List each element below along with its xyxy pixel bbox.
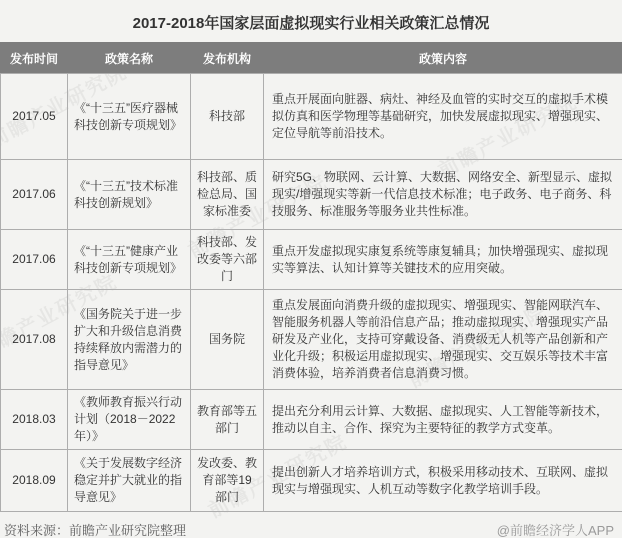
policy-agency-cell: 科技部、发改委等六部门 bbox=[191, 230, 264, 290]
policy-content-cell: 提出创新人才培养培训方式，积极采用移动技术、互联网、虚拟现实与增强现实、人机互动… bbox=[264, 450, 622, 512]
table-row: 2017.08 《国务院关于进一步扩大和升级信息消费持续释放内需潜力的指导意见》… bbox=[1, 290, 622, 390]
policy-agency-cell: 科技部、质检总局、国家标准委 bbox=[191, 160, 264, 230]
policy-date-cell: 2017.06 bbox=[1, 230, 68, 290]
header-content: 政策内容 bbox=[264, 43, 622, 74]
policy-content-cell: 研究5G、物联网、云计算、大数据、网络安全、新型显示、虚拟现实/增强现实等新一代… bbox=[264, 160, 622, 230]
policy-name-cell: 《“十三五”医疗器械科技创新专项规划》 bbox=[68, 74, 191, 160]
policy-date-cell: 2018.03 bbox=[1, 390, 68, 450]
header-date: 发布时间 bbox=[1, 43, 68, 74]
footer: 资料来源：前瞻产业研究院整理 @前瞻经济学人APP bbox=[0, 512, 622, 538]
policy-name-cell: 《“十三五”健康产业科技创新专项规划》 bbox=[68, 230, 191, 290]
policy-name-cell: 《“十三五”技术标准科技创新规划》 bbox=[68, 160, 191, 230]
page-title: 2017-2018年国家层面虚拟现实行业相关政策汇总情况 bbox=[0, 0, 622, 33]
policy-table: 发布时间 政策名称 发布机构 政策内容 2017.05 《“十三五”医疗器械科技… bbox=[0, 42, 622, 512]
policy-date-cell: 2017.06 bbox=[1, 160, 68, 230]
table-row: 2017.06 《“十三五”健康产业科技创新专项规划》 科技部、发改委等六部门 … bbox=[1, 230, 622, 290]
policy-agency-cell: 国务院 bbox=[191, 290, 264, 390]
policy-date-cell: 2017.05 bbox=[1, 74, 68, 160]
policy-name-cell: 《国务院关于进一步扩大和升级信息消费持续释放内需潜力的指导意见》 bbox=[68, 290, 191, 390]
data-source-label: 资料来源：前瞻产业研究院整理 bbox=[4, 520, 186, 538]
table-header-row: 发布时间 政策名称 发布机构 政策内容 bbox=[1, 43, 622, 74]
policy-agency-cell: 发改委、教育部等19部门 bbox=[191, 450, 264, 512]
policy-agency-cell: 教育部等五部门 bbox=[191, 390, 264, 450]
header-agency: 发布机构 bbox=[191, 43, 264, 74]
policy-date-cell: 2018.09 bbox=[1, 450, 68, 512]
policy-agency-cell: 科技部 bbox=[191, 74, 264, 160]
policy-content-cell: 重点开展面向脏器、病灶、神经及血管的实时交互的虚拟手术模拟仿真和医学物理等基础研… bbox=[264, 74, 622, 160]
policy-content-cell: 重点发展面向消费升级的虚拟现实、增强现实、智能网联汽车、智能服务机器人等前沿信息… bbox=[264, 290, 622, 390]
policy-name-cell: 《关于发展数字经济稳定并扩大就业的指导意见》 bbox=[68, 450, 191, 512]
table-row: 2018.09 《关于发展数字经济稳定并扩大就业的指导意见》 发改委、教育部等1… bbox=[1, 450, 622, 512]
page: 前瞻产业研究院 前瞻产业研究院 前瞻产业研究院 前瞻产业研究院 前瞻产业研究院 … bbox=[0, 0, 622, 538]
policy-content-cell: 重点开发虚拟现实康复系统等康复辅具；加快增强现实、虚拟现实等算法、认知计算等关键… bbox=[264, 230, 622, 290]
policy-date-cell: 2017.08 bbox=[1, 290, 68, 390]
policy-content-cell: 提出充分利用云计算、大数据、虚拟现实、人工智能等新技术，推动以自主、合作、探究为… bbox=[264, 390, 622, 450]
table-row: 2017.06 《“十三五”技术标准科技创新规划》 科技部、质检总局、国家标准委… bbox=[1, 160, 622, 230]
policy-name-cell: 《教师教育振兴行动计划（2018－2022年）》 bbox=[68, 390, 191, 450]
header-name: 政策名称 bbox=[68, 43, 191, 74]
table-row: 2018.03 《教师教育振兴行动计划（2018－2022年）》 教育部等五部门… bbox=[1, 390, 622, 450]
credit-label: @前瞻经济学人APP bbox=[497, 520, 614, 538]
table-row: 2017.05 《“十三五”医疗器械科技创新专项规划》 科技部 重点开展面向脏器… bbox=[1, 74, 622, 160]
